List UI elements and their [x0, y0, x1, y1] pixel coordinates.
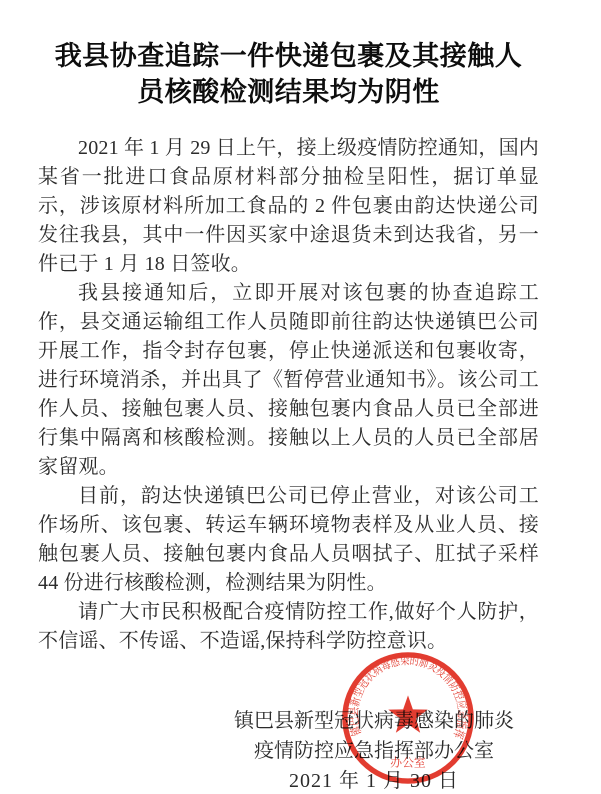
- notice-document: 我县协查追踪一件快递包裹及其接触人 员核酸检测结果均为阴性 2021 年 1 月…: [0, 0, 601, 794]
- paragraph: 目前，韵达快递镇巴公司已停止营业，对该公司工作场所、该包裹、转运车辆环境物表样及…: [38, 482, 539, 598]
- document-title-line2: 员核酸检测结果均为阴性: [137, 77, 440, 107]
- document-body: 2021 年 1 月 29 日上午，接上级疫情防控通知，国内某省一批进口食品原材…: [38, 134, 539, 656]
- signature-org-line1: 镇巴县新型冠状病毒感染的肺炎: [219, 706, 529, 736]
- paragraph: 请广大市民积极配合疫情防控工作,做好个人防护，不信谣、不传谣、不造谣,保持科学防…: [38, 598, 539, 656]
- document-title-line1: 我县协查追踪一件快递包裹及其接触人: [55, 41, 523, 71]
- signature-date: 2021 年 1 月 30 日: [219, 766, 529, 794]
- signature-block: 镇巴县新型冠状病毒感染的肺炎 疫情防控应急指挥部办公室 2021 年 1 月 3…: [219, 706, 529, 794]
- signature-org-line2: 疫情防控应急指挥部办公室: [219, 736, 529, 766]
- paragraph: 2021 年 1 月 29 日上午，接上级疫情防控通知，国内某省一批进口食品原材…: [38, 134, 539, 279]
- paragraph: 我县接通知后，立即开展对该包裹的协查追踪工作，县交通运输组工作人员随即前往韵达快…: [38, 279, 539, 482]
- document-title: 我县协查追踪一件快递包裹及其接触人 员核酸检测结果均为阴性: [38, 38, 539, 110]
